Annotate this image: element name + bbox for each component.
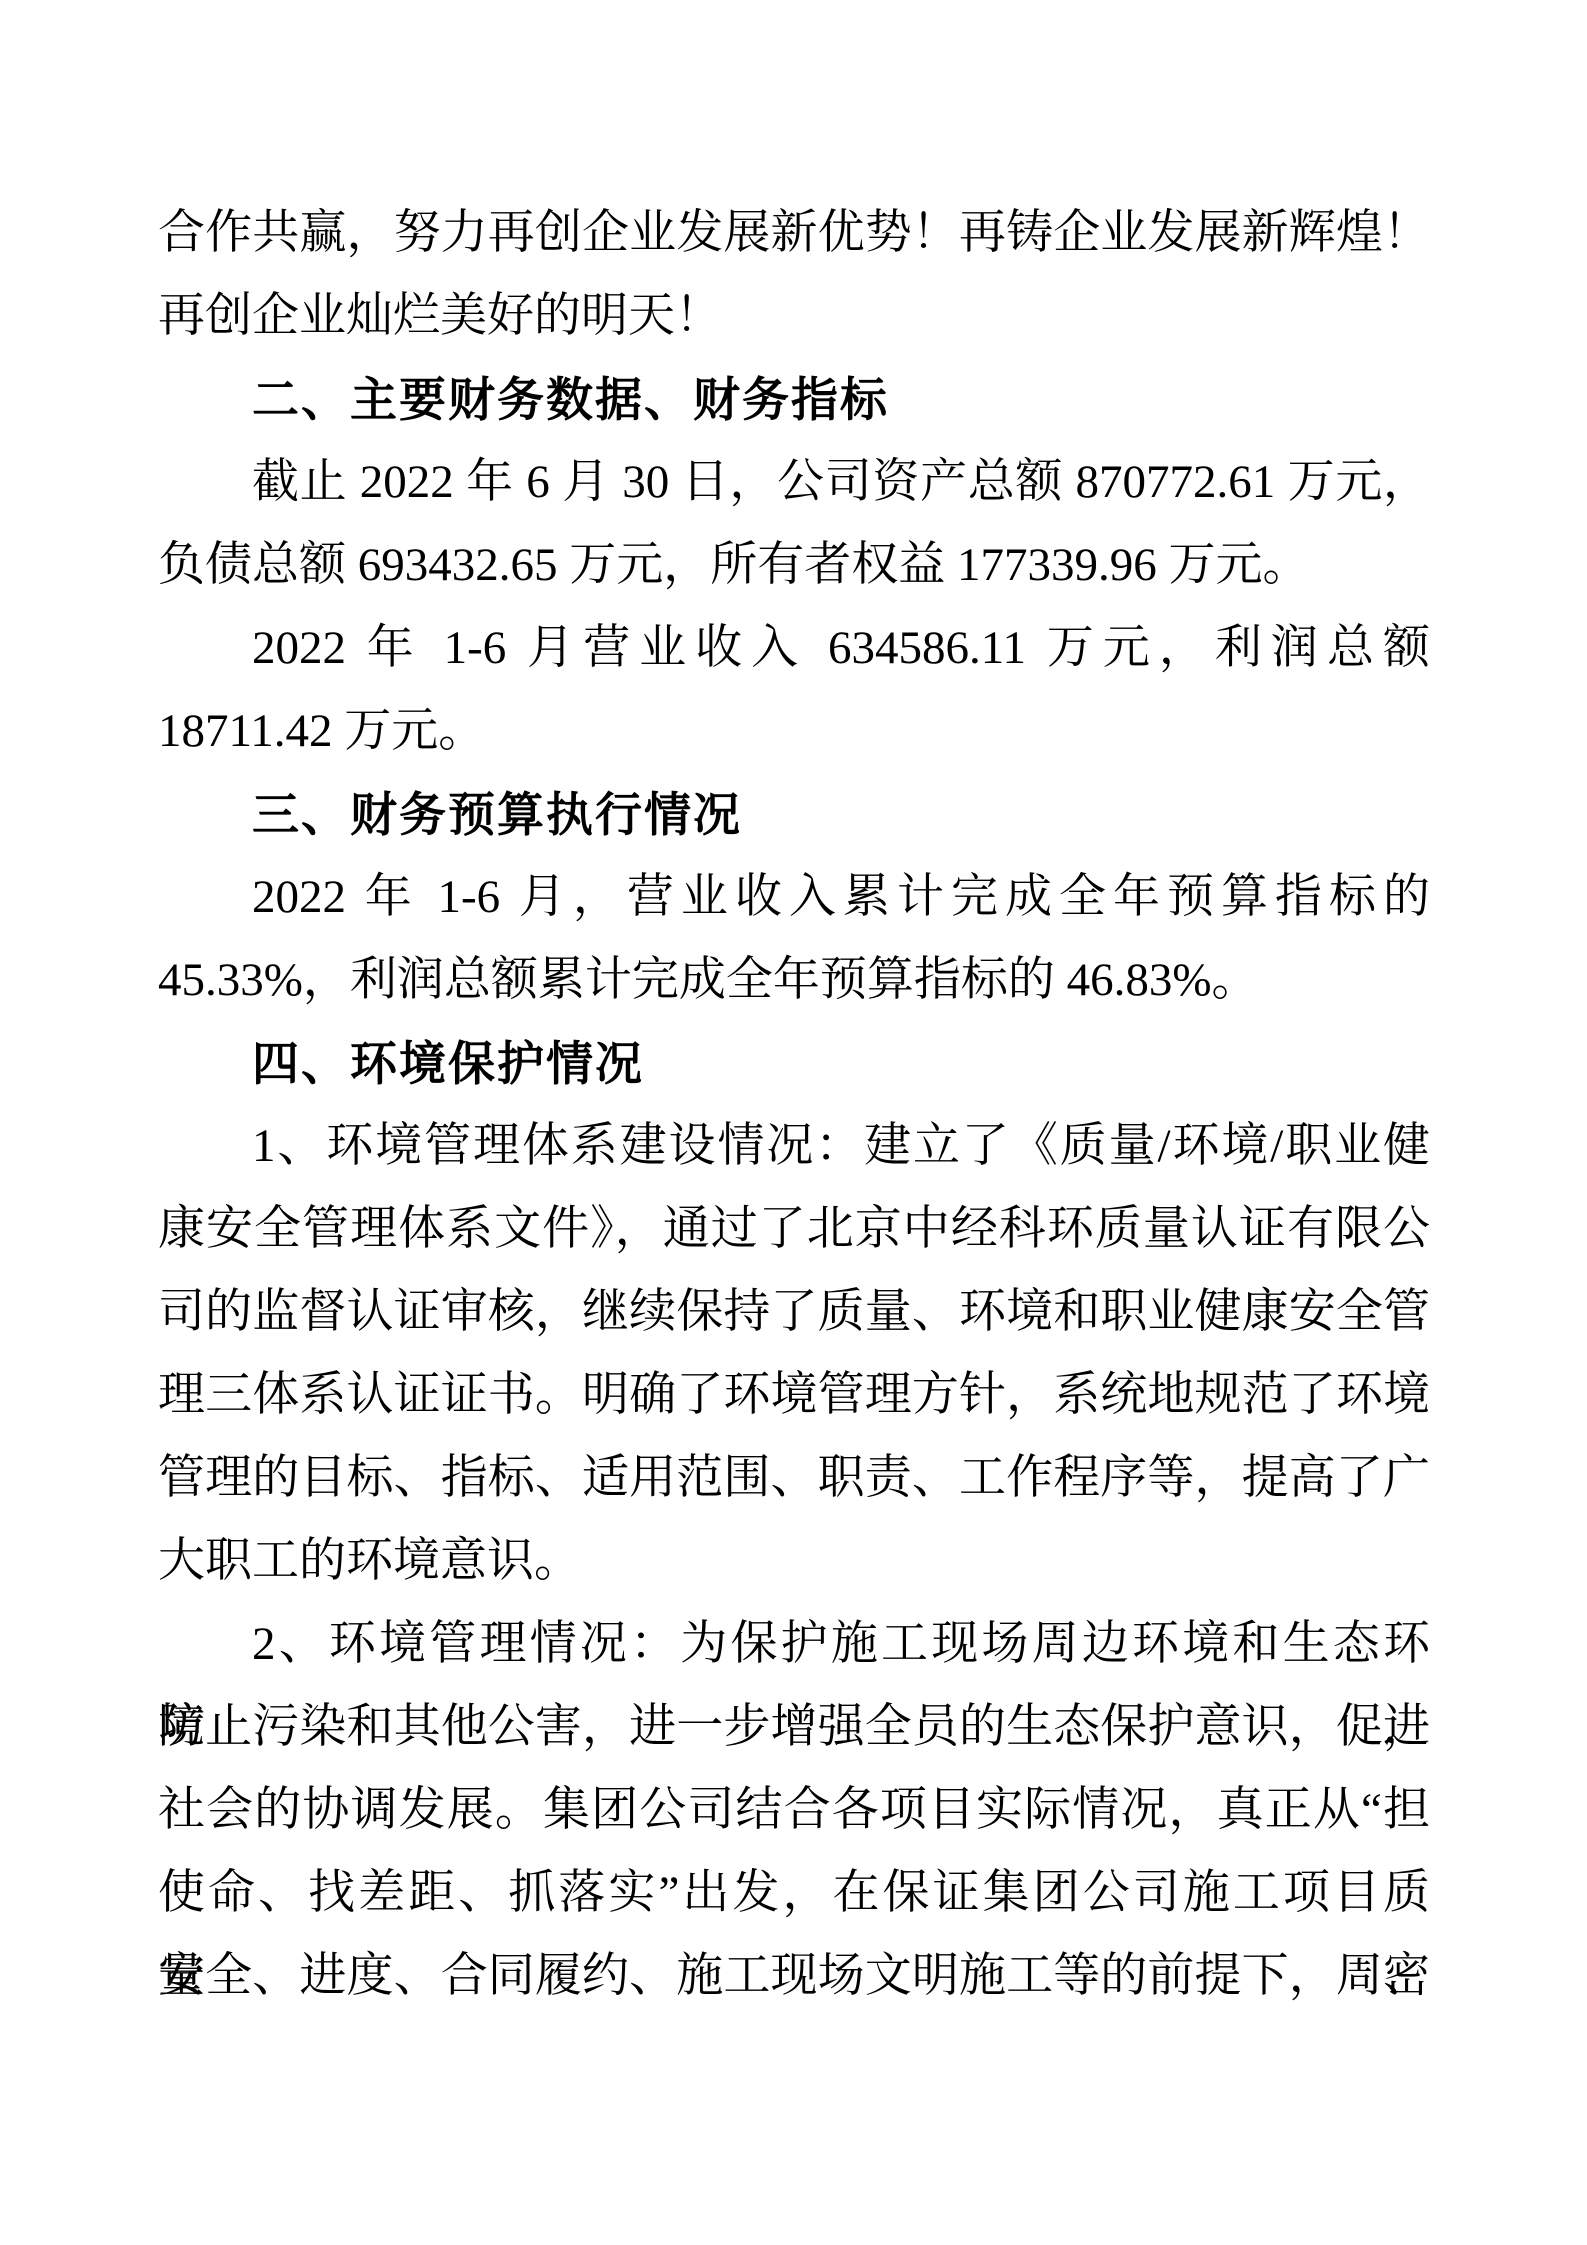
paragraph-line: 再创企业灿烂美好的明天！ — [158, 275, 1430, 358]
paragraph-line: 理三体系认证证书。明确了环境管理方针，系统地规范了环境 — [158, 1354, 1430, 1437]
paragraph-line: 安全、进度、合同履约、施工现场文明施工等的前提下，周密 — [158, 1935, 1430, 2018]
paragraph-line: 管理的目标、指标、适用范围、职责、工作程序等，提高了广 — [158, 1437, 1430, 1520]
paragraph-line: 负债总额 693432.65 万元，所有者权益 177339.96 万元。 — [158, 524, 1430, 607]
paragraph-line: 使命、找差距、抓落实”出发，在保证集团公司施工项目质量、 — [158, 1852, 1430, 1935]
section-heading-budget-execution: 三、财务预算执行情况 — [158, 773, 1430, 856]
paragraph-line: 合作共赢，努力再创企业发展新优势！再铸企业发展新辉煌！ — [158, 192, 1430, 275]
paragraph-line: 2022 年 1-6 月营业收入 634586.11 万元，利润总额 — [158, 607, 1430, 690]
paragraph-line: 司的监督认证审核，继续保持了质量、环境和职业健康安全管 — [158, 1271, 1430, 1354]
paragraph-line: 18711.42 万元。 — [158, 690, 1430, 773]
paragraph-line: 防止污染和其他公害，进一步增强全员的生态保护意识，促进 — [158, 1686, 1430, 1769]
paragraph-line: 1、环境管理体系建设情况：建立了《质量/环境/职业健 — [158, 1105, 1430, 1188]
paragraph-line: 2、环境管理情况：为保护施工现场周边环境和生态环境， — [158, 1603, 1430, 1686]
paragraph-line: 社会的协调发展。集团公司结合各项目实际情况，真正从“担 — [158, 1769, 1430, 1852]
document-page: 合作共赢，努力再创企业发展新优势！再铸企业发展新辉煌！ 再创企业灿烂美好的明天！… — [0, 0, 1587, 2245]
paragraph-line: 康安全管理体系文件》，通过了北京中经科环质量认证有限公 — [158, 1188, 1430, 1271]
paragraph-line: 大职工的环境意识。 — [158, 1520, 1430, 1603]
section-heading-finance-data: 二、主要财务数据、财务指标 — [158, 358, 1430, 441]
paragraph-line: 45.33%，利润总额累计完成全年预算指标的 46.83%。 — [158, 939, 1430, 1022]
paragraph-line: 截止 2022 年 6 月 30 日，公司资产总额 870772.61 万元， — [158, 441, 1430, 524]
section-heading-environment: 四、环境保护情况 — [158, 1022, 1430, 1105]
paragraph-line: 2022 年 1-6 月，营业收入累计完成全年预算指标的 — [158, 856, 1430, 939]
